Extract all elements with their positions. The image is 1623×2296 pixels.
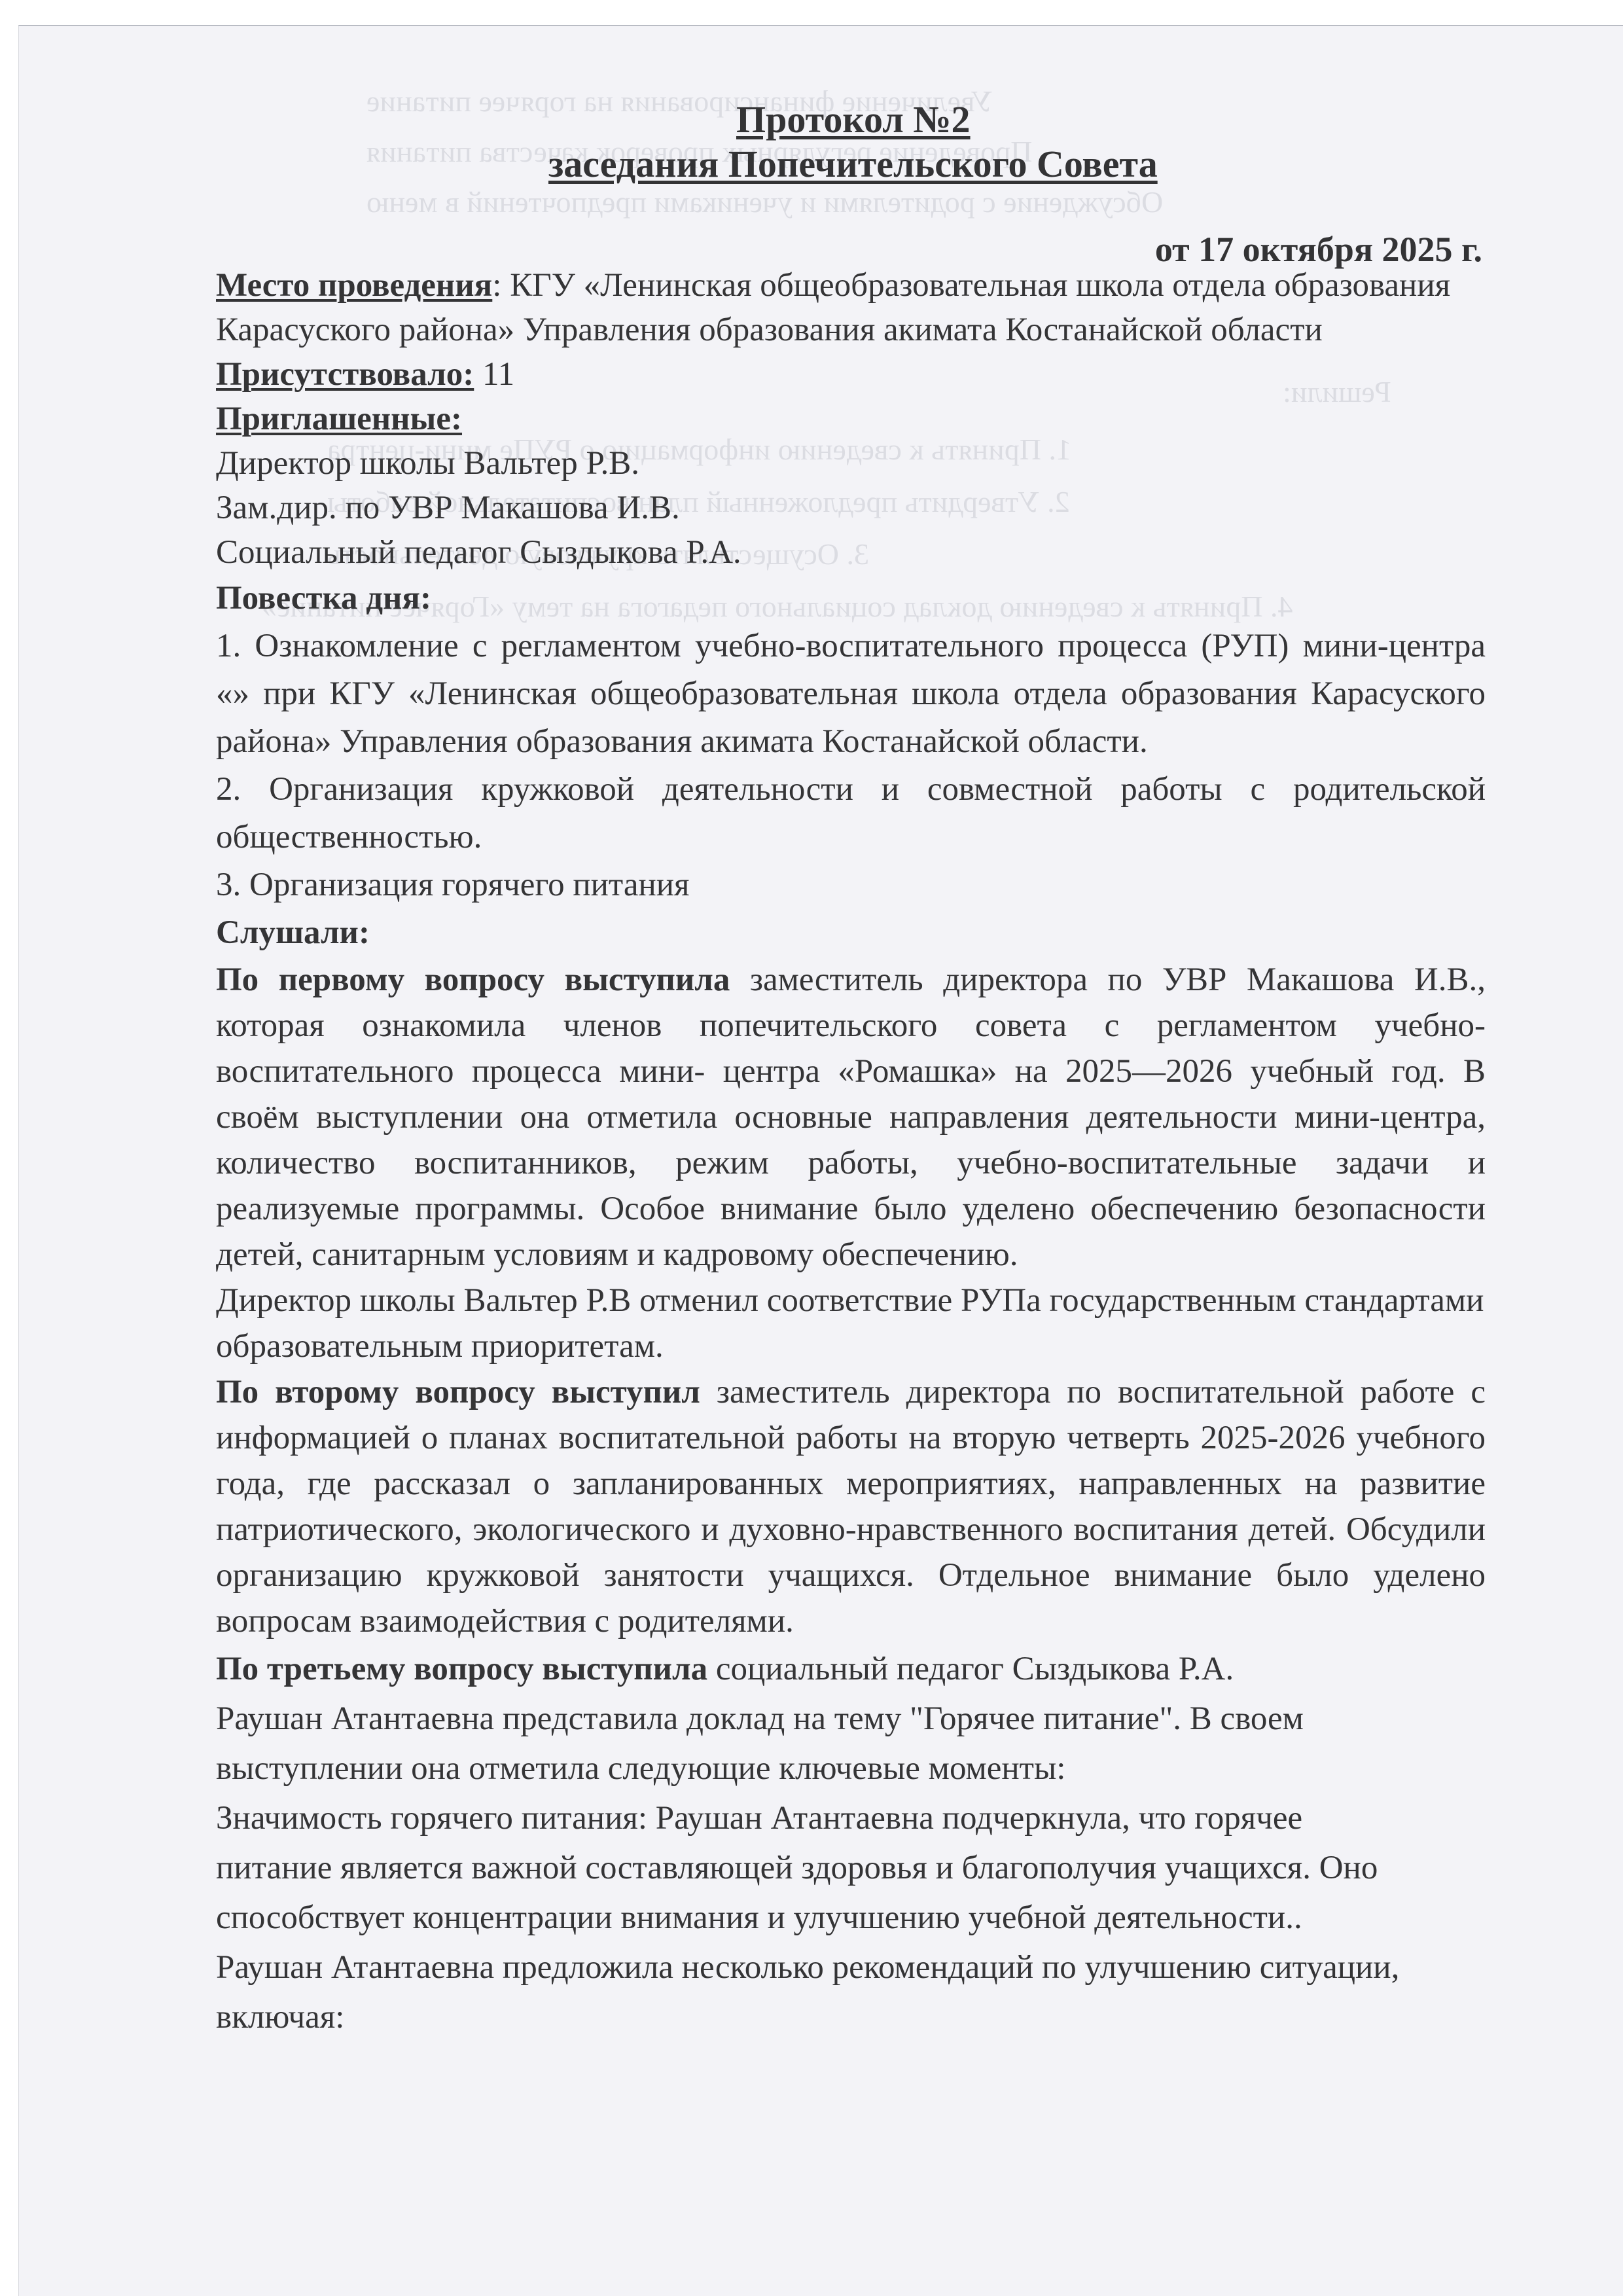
agenda-item: 3. Организация горячего питания [216, 861, 1486, 909]
recommendations-paragraph: Раушан Атантаевна предложила несколько р… [216, 1943, 1486, 2042]
heard-label: Слушали: [216, 909, 1486, 957]
agenda-item: 2. Организация кружковой деятельности и … [216, 766, 1486, 861]
invited-label: Приглашенные: [216, 401, 462, 437]
attended-paragraph: Присутствовало: 11 [216, 352, 1486, 397]
invited-person: Зам.дир. по УВР Макашова И.В. [216, 486, 1486, 530]
question-2-text: заместитель директора по воспитательной … [216, 1374, 1486, 1640]
question-3-text: социальный педагог Сыздыкова Р.А. [707, 1651, 1234, 1687]
question-1-paragraph: По первому вопросу выступила заместитель… [216, 957, 1486, 1278]
attended-value: 11 [474, 356, 514, 393]
question-1-lead: По первому вопросу выступила [216, 961, 730, 998]
document-body: Место проведения: КГУ «Ленинская общеобр… [216, 263, 1486, 2042]
director-note: Директор школы Вальтер Р.В отменил соотв… [216, 1278, 1486, 1369]
attended-label: Присутствовало: [216, 356, 474, 393]
place-colon: : [492, 267, 501, 304]
agenda-section: Повестка дня: 1. Ознакомление с регламен… [216, 575, 1486, 957]
question-2-paragraph: По второму вопросу выступил заместитель … [216, 1369, 1486, 1644]
invited-paragraph: Приглашенные: [216, 397, 1486, 441]
agenda-item: 1. Ознакомление с регламентом учебно-вос… [216, 622, 1486, 766]
place-paragraph: Место проведения: КГУ «Ленинская общеобр… [216, 263, 1486, 352]
place-label: Место проведения [216, 267, 492, 304]
question-3-lead: По третьему вопросу выступила [216, 1651, 707, 1687]
report-paragraph: Раушан Атантаевна представила доклад на … [216, 1694, 1486, 1793]
invited-person: Социальный педагог Сыздыкова Р.А. [216, 530, 1486, 575]
question-3-section: По третьему вопросу выступила социальный… [216, 1644, 1486, 2042]
question-1-text: заместитель директора по УВР Макашова И.… [216, 961, 1486, 1273]
heard-section: По первому вопросу выступила заместитель… [216, 957, 1486, 1644]
agenda-label: Повестка дня: [216, 575, 1486, 622]
question-3-paragraph: По третьему вопросу выступила социальный… [216, 1644, 1486, 1694]
question-2-lead: По второму вопросу выступил [216, 1374, 700, 1410]
document-subtitle: заседания Попечительского Совета [548, 143, 1158, 186]
document-title: Протокол №2 [736, 98, 971, 141]
importance-paragraph: Значимость горячего питания: Раушан Атан… [216, 1793, 1486, 1943]
invited-person: Директор школы Вальтер Р.В. [216, 441, 1486, 486]
